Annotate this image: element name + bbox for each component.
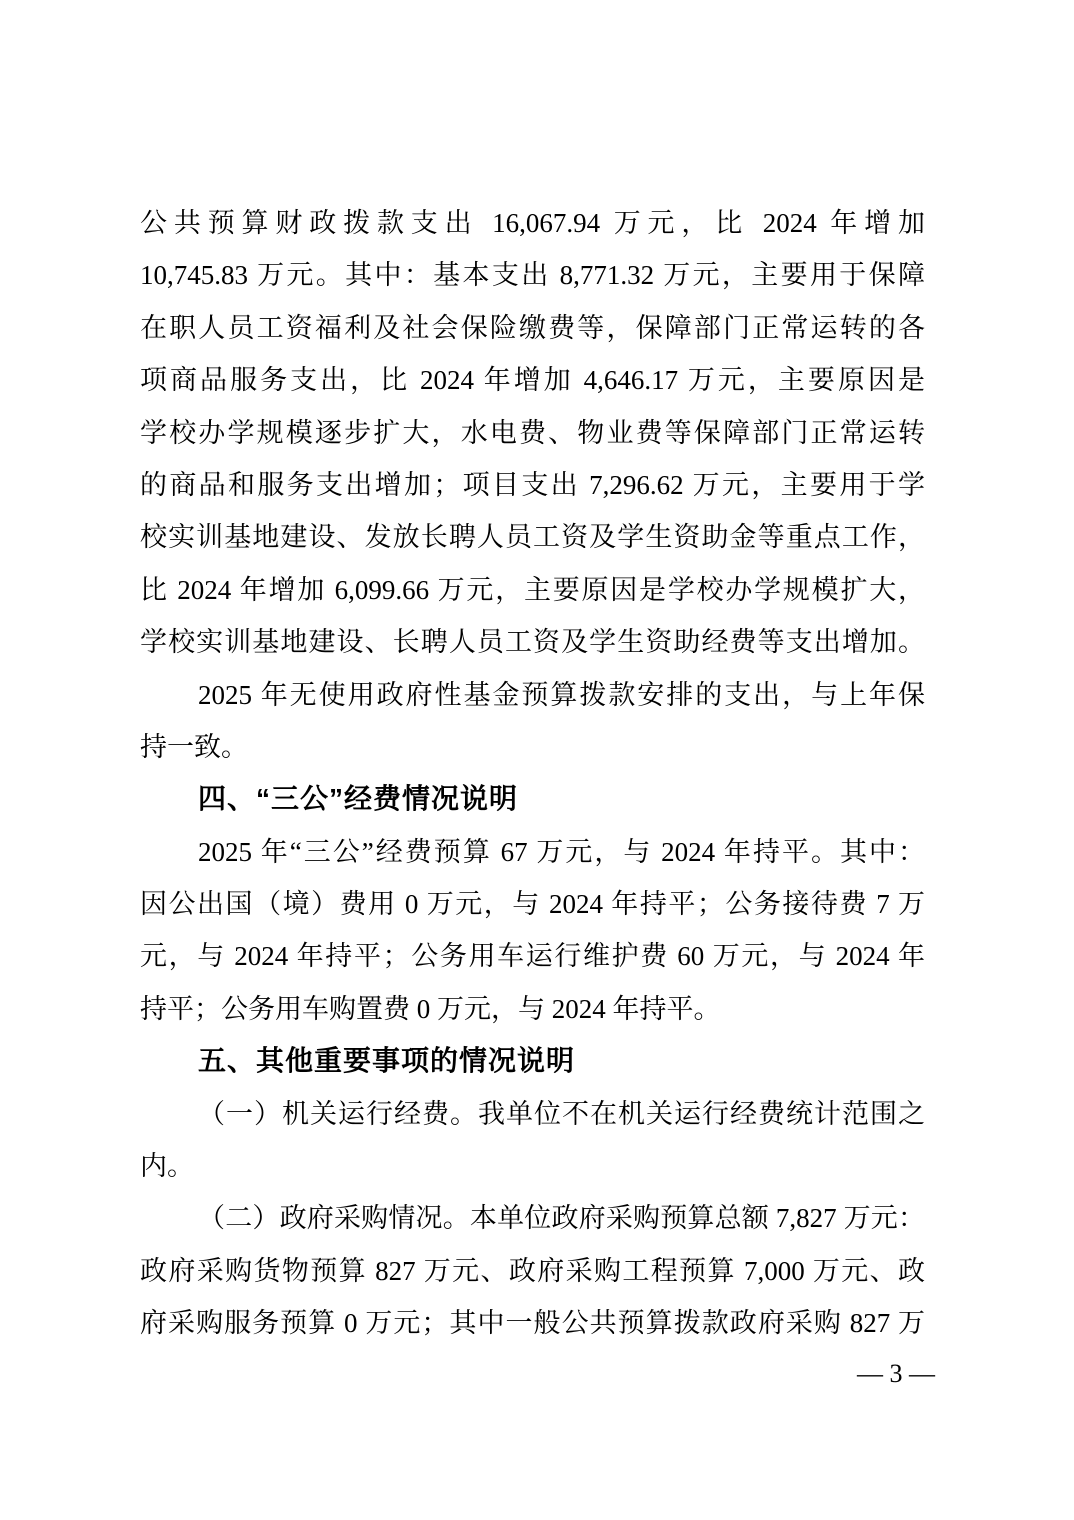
paragraph-line: 2025 年无使用政府性基金预算拨款安排的支出，与上年保 — [140, 669, 925, 721]
paragraph-line: 的商品和服务支出增加；项目支出 7,296.62 万元，主要用于学 — [140, 459, 925, 511]
paragraph-line: 在职人员工资福利及社会保险缴费等，保障部门正常运转的各 — [140, 302, 925, 354]
paragraph-line: 学校实训基地建设、长聘人员工资及学生资助经费等支出增加。 — [140, 616, 925, 668]
paragraph-line: 内。 — [140, 1140, 925, 1192]
paragraph-line: 10,745.83 万元。其中：基本支出 8,771.32 万元，主要用于保障 — [140, 249, 925, 301]
paragraph-line: 学校办学规模逐步扩大，水电费、物业费等保障部门正常运转 — [140, 407, 925, 459]
paragraph-line: 公共预算财政拨款支出 16,067.94 万元，比 2024 年增加 — [140, 197, 925, 249]
paragraph-line: 2025 年“三公”经费预算 67 万元，与 2024 年持平。其中： — [140, 826, 925, 878]
paragraph-line: 持平；公务用车购置费 0 万元，与 2024 年持平。 — [140, 983, 925, 1035]
paragraph-line: 项商品服务支出，比 2024 年增加 4,646.17 万元，主要原因是 — [140, 354, 925, 406]
paragraph-line: （一）机关运行经费。我单位不在机关运行经费统计范围之 — [140, 1088, 925, 1140]
paragraph-line: 政府采购货物预算 827 万元、政府采购工程预算 7,000 万元、政 — [140, 1245, 925, 1297]
paragraph-line: 比 2024 年增加 6,099.66 万元，主要原因是学校办学规模扩大， — [140, 564, 925, 616]
document-page: 公共预算财政拨款支出 16,067.94 万元，比 2024 年增加 10,74… — [0, 0, 1074, 1520]
paragraph-line: 校实训基地建设、发放长聘人员工资及学生资助金等重点工作， — [140, 511, 925, 563]
section-heading-other-items: 五、其他重要事项的情况说明 — [140, 1035, 925, 1087]
page-number: — 3 — — [140, 1348, 935, 1400]
section-heading-sangong: 四、“三公”经费情况说明 — [140, 773, 925, 825]
paragraph-line: 因公出国（境）费用 0 万元，与 2024 年持平；公务接待费 7 万 — [140, 878, 925, 930]
paragraph-line: （二）政府采购情况。本单位政府采购预算总额 7,827 万元： — [140, 1192, 925, 1244]
paragraph-line: 元，与 2024 年持平；公务用车运行维护费 60 万元，与 2024 年 — [140, 930, 925, 982]
paragraph-line: 府采购服务预算 0 万元；其中一般公共预算拨款政府采购 827 万 — [140, 1297, 925, 1349]
paragraph-line: 持一致。 — [140, 721, 925, 773]
document-body: 公共预算财政拨款支出 16,067.94 万元，比 2024 年增加 10,74… — [140, 197, 925, 1350]
